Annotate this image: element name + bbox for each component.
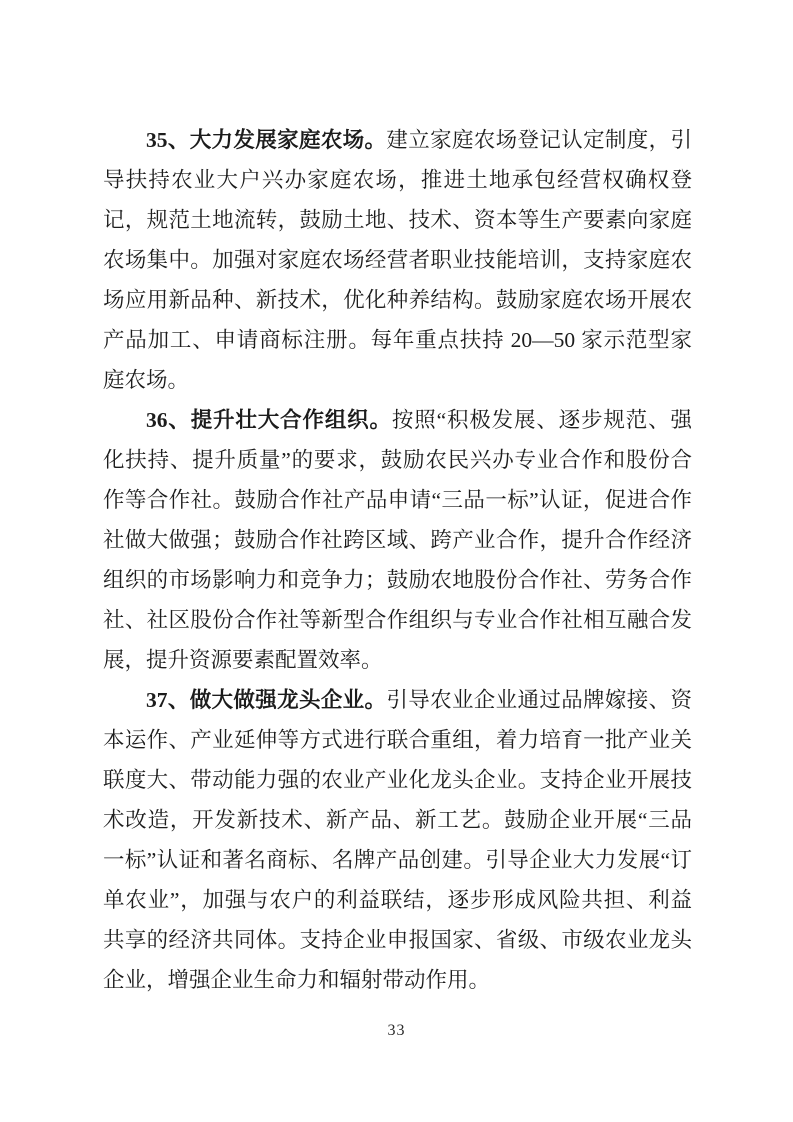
paragraph-37-heading: 37、做大做强龙头企业。 <box>146 688 386 712</box>
document-content: 35、大力发展家庭农场。建立家庭农场登记认定制度，引导扶持农业大户兴办家庭农场，… <box>103 120 692 1000</box>
page-footer: 33 <box>0 1022 793 1040</box>
paragraph-36-heading: 36、提升壮大合作组织。 <box>146 408 392 432</box>
paragraph-37: 37、做大做强龙头企业。引导农业企业通过品牌嫁接、资本运作、产业延伸等方式进行联… <box>103 680 692 1000</box>
paragraph-35-heading: 35、大力发展家庭农场。 <box>146 128 386 152</box>
paragraph-35: 35、大力发展家庭农场。建立家庭农场登记认定制度，引导扶持农业大户兴办家庭农场，… <box>103 120 692 400</box>
page-number: 33 <box>388 1022 406 1039</box>
paragraph-36: 36、提升壮大合作组织。按照“积极发展、逐步规范、强化扶持、提升质量”的要求，鼓… <box>103 400 692 680</box>
paragraph-36-body: 按照“积极发展、逐步规范、强化扶持、提升质量”的要求，鼓励农民兴办专业合作和股份… <box>103 408 692 672</box>
paragraph-35-body: 建立家庭农场登记认定制度，引导扶持农业大户兴办家庭农场，推进土地承包经营权确权登… <box>103 128 692 392</box>
paragraph-37-body: 引导农业企业通过品牌嫁接、资本运作、产业延伸等方式进行联合重组，着力培育一批产业… <box>103 688 692 992</box>
document-page: 35、大力发展家庭农场。建立家庭农场登记认定制度，引导扶持农业大户兴办家庭农场，… <box>0 0 793 1122</box>
